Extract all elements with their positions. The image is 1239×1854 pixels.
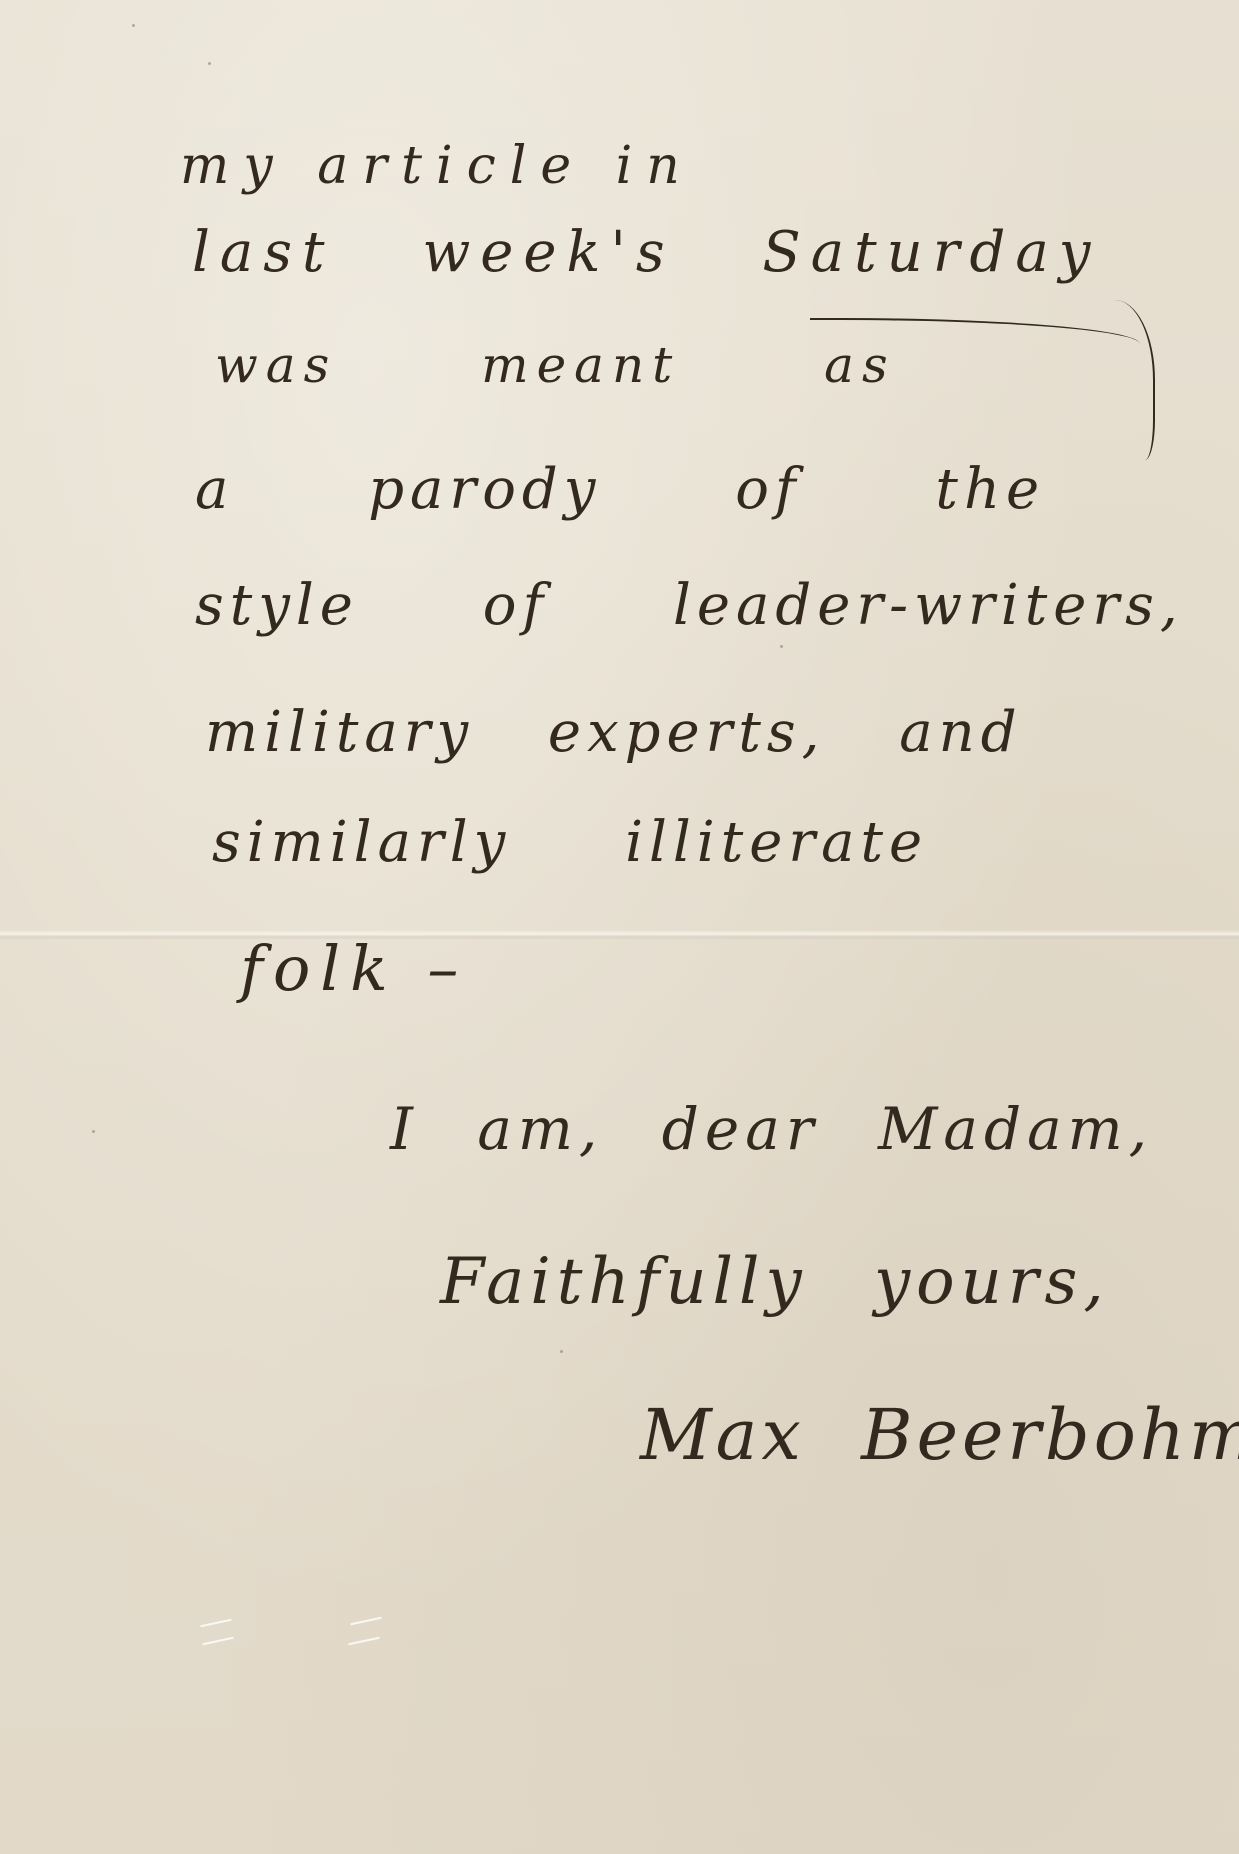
paper-speck — [92, 1130, 95, 1133]
paper-scuff — [350, 1617, 382, 1626]
letter-line-3: was meant as — [215, 340, 896, 390]
letter-line-8: folk – — [240, 938, 468, 1000]
closing-salutation: I am, dear Madam, — [390, 1100, 1153, 1158]
paper-speck — [208, 62, 211, 65]
letter-line-4: a parody of the — [195, 462, 1045, 518]
signature: Max Beerbohm — [640, 1400, 1239, 1470]
letter-line-6: military experts, and — [205, 705, 1023, 761]
paper-speck — [560, 1350, 563, 1353]
paper-speck — [780, 645, 783, 648]
letter-line-7: similarly illiterate — [212, 815, 928, 871]
letter-line-1: my article in — [180, 140, 694, 192]
paper-speck — [132, 24, 135, 27]
paper-scuff — [348, 1637, 380, 1646]
paper-scuff — [200, 1619, 232, 1628]
letter-paper: my article in last week's Saturday was m… — [0, 0, 1239, 1854]
paper-fold-line — [0, 930, 1239, 940]
closing-valediction: Faithfully yours, — [440, 1250, 1110, 1314]
margin-bracket — [1115, 300, 1155, 460]
paper-scuff — [202, 1637, 234, 1646]
letter-line-2: last week's Saturday — [192, 225, 1100, 281]
letter-line-5: style of leader-writers, — [195, 578, 1184, 634]
